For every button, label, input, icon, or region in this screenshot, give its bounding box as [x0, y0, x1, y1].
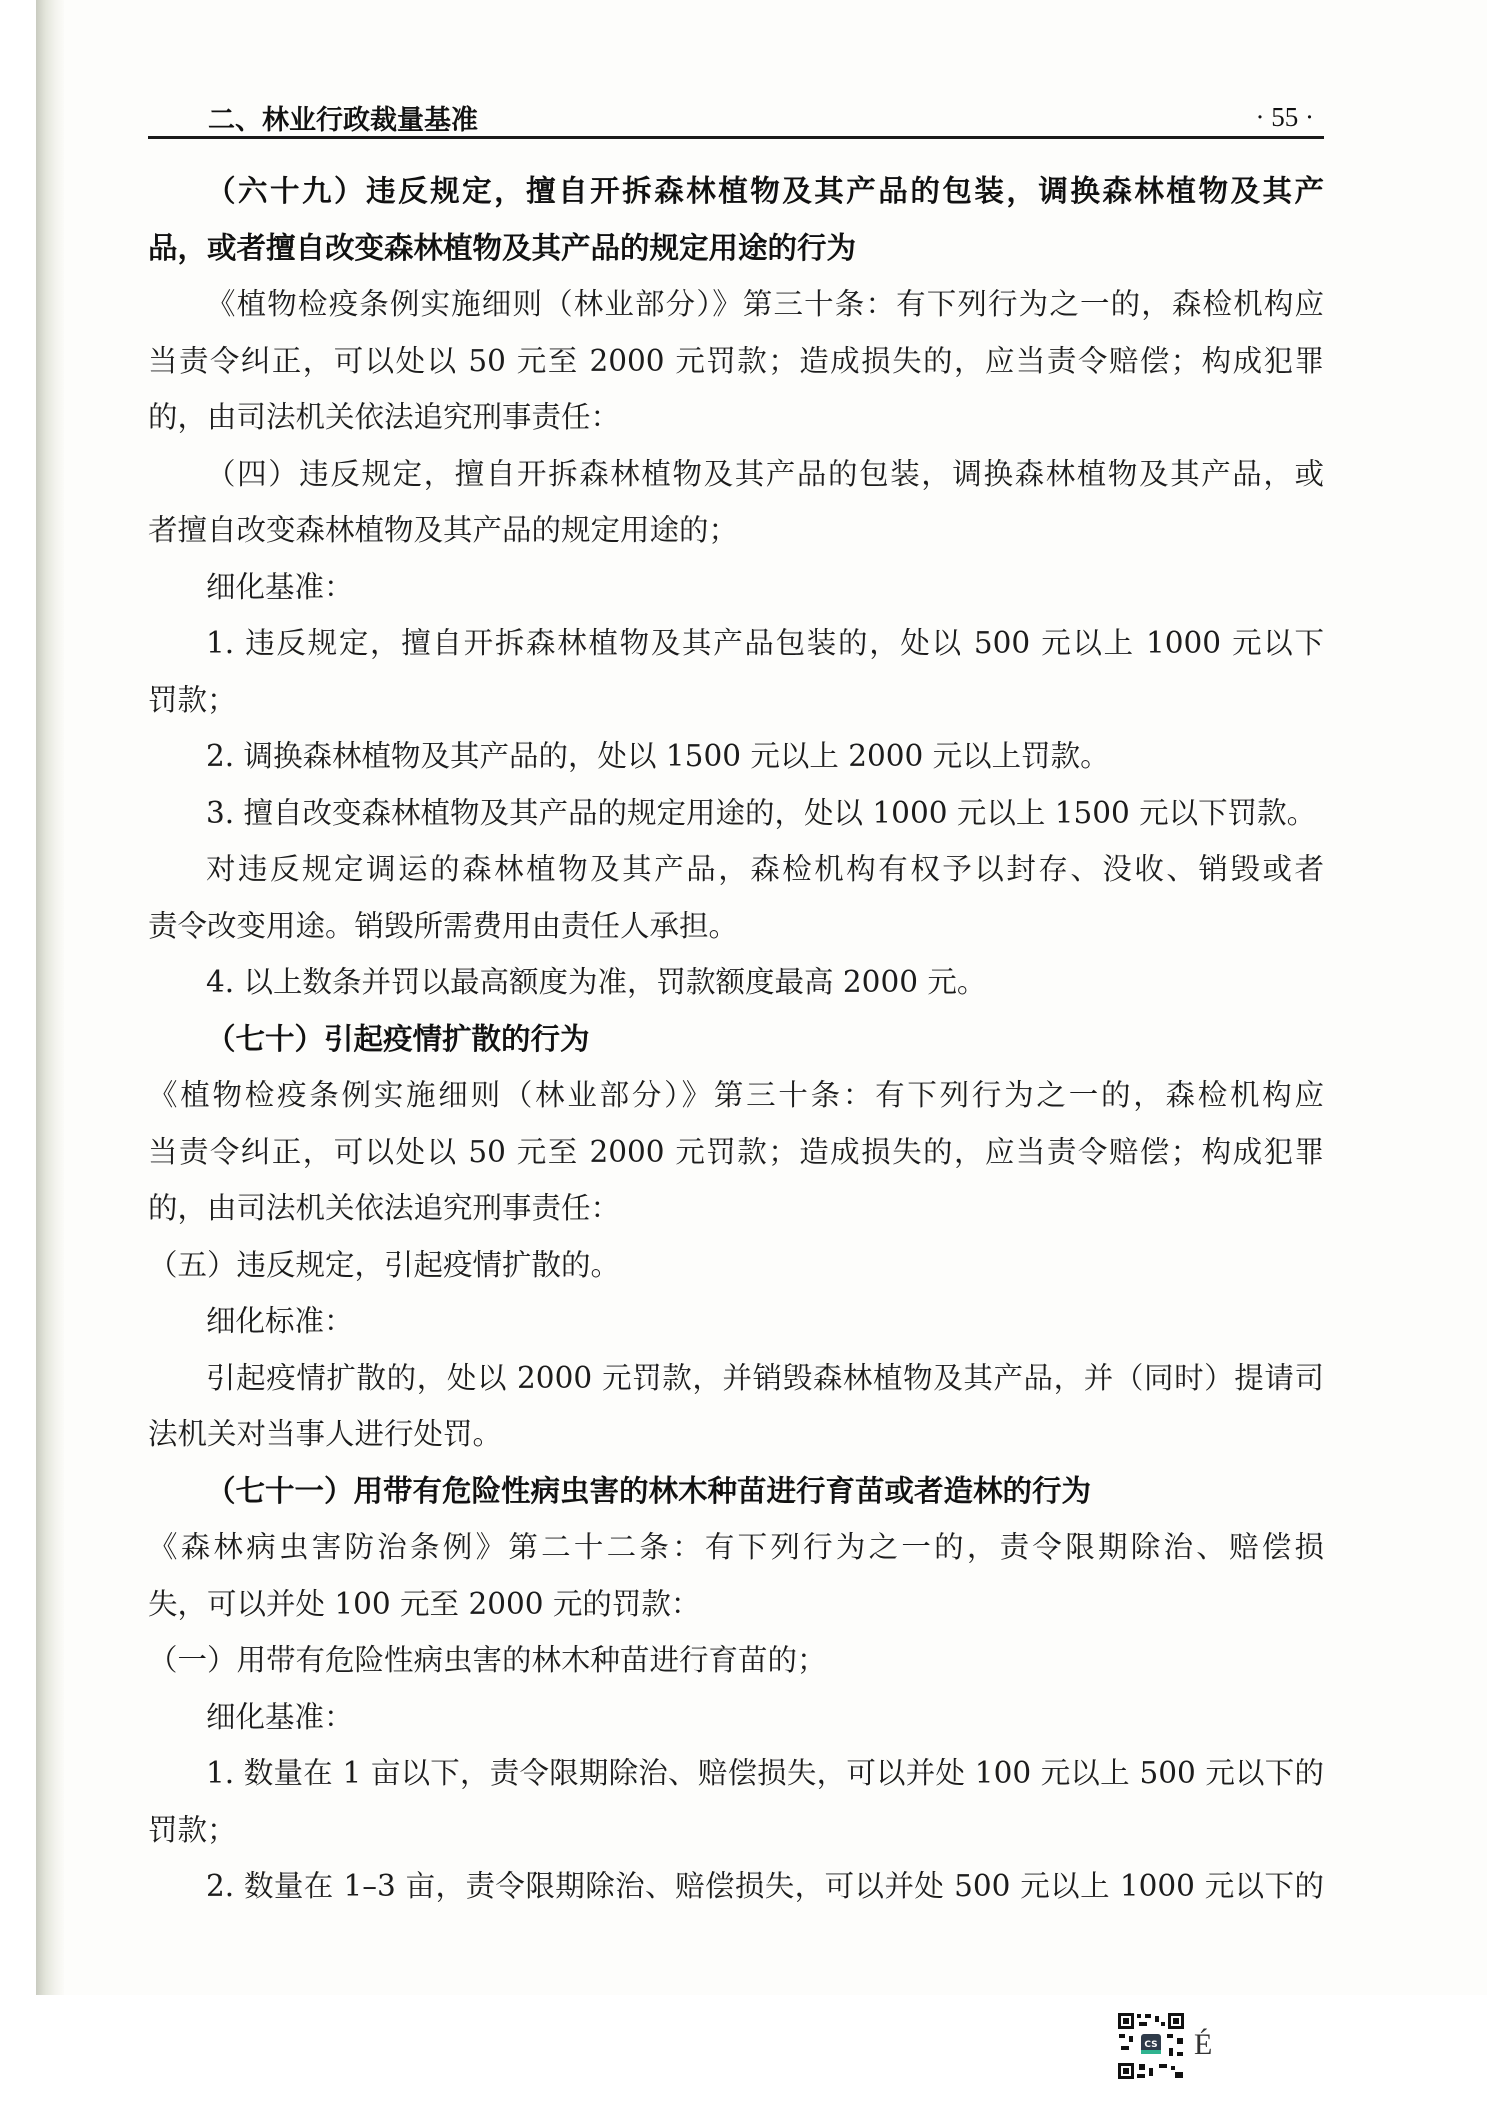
running-header: 二、林业行政裁量基准 · 55 ·: [148, 96, 1324, 136]
clause: （一）用带有危险性病虫害的林木种苗进行育苗的；: [148, 1637, 1324, 1683]
page-binding-edge: [36, 0, 64, 1995]
section-71: （七十一）用带有危险性病虫害的林木种苗进行育苗或者造林的行为 《森林病虫害防治条…: [148, 1468, 1324, 1910]
legal-basis: 《森林病虫害防治条例》第二十二条：有下列行为之一的，责令限期除治、赔偿损: [148, 1524, 1324, 1570]
legal-basis: 的，由司法机关依法追究刑事责任：: [148, 394, 1324, 440]
clause: （五）违反规定，引起疫情扩散的。: [148, 1242, 1324, 1288]
legal-basis: 失，可以并处 100 元至 2000 元的罚款：: [148, 1581, 1324, 1627]
criteria-item: 法机关对当事人进行处罚。: [148, 1411, 1324, 1457]
legal-basis: 《植物检疫条例实施细则（林业部分）》第三十条：有下列行为之一的，森检机构应: [148, 1072, 1324, 1118]
section-heading: （六十九）违反规定，擅自开拆森林植物及其产品的包装，调换森林植物及其产: [148, 168, 1324, 214]
criteria-item: 2. 数量在 1–3 亩，责令限期除治、赔偿损失，可以并处 500 元以上 10…: [148, 1863, 1324, 1909]
section-heading: （七十一）用带有危险性病虫害的林木种苗进行育苗或者造林的行为: [148, 1468, 1324, 1514]
criteria-note: 责令改变用途。销毁所需费用由责任人承担。: [148, 903, 1324, 949]
legal-basis: 当责令纠正，可以处以 50 元至 2000 元罚款；造成损失的，应当责令赔偿；构…: [148, 338, 1324, 384]
criteria-item: 2. 调换森林植物及其产品的，处以 1500 元以上 2000 元以上罚款。: [148, 733, 1324, 779]
section-heading: （七十）引起疫情扩散的行为: [148, 1016, 1324, 1062]
criteria-item: 1. 违反规定，擅自开拆森林植物及其产品包装的，处以 500 元以上 1000 …: [148, 620, 1324, 666]
criteria-note: 对违反规定调运的森林植物及其产品，森检机构有权予以封存、没收、销毁或者: [148, 846, 1324, 892]
criteria-item: 1. 数量在 1 亩以下，责令限期除治、赔偿损失，可以并处 100 元以上 50…: [148, 1750, 1324, 1796]
section-69: （六十九）违反规定，擅自开拆森林植物及其产品的包装，调换森林植物及其产 品，或者…: [148, 168, 1324, 1005]
footer-mark: É: [1194, 2028, 1212, 2062]
section-title: 二、林业行政裁量基准: [208, 98, 478, 137]
legal-basis: 当责令纠正，可以处以 50 元至 2000 元罚款；造成损失的，应当责令赔偿；构…: [148, 1129, 1324, 1175]
page-number: · 55 ·: [1256, 102, 1314, 133]
clause: 者擅自改变森林植物及其产品的规定用途的；: [148, 507, 1324, 553]
svg-text:CS: CS: [1144, 2040, 1157, 2050]
criteria-label: 细化基准：: [148, 564, 1324, 610]
criteria-item: 4. 以上数条并罚以最高额度为准，罚款额度最高 2000 元。: [148, 959, 1324, 1005]
criteria-label: 细化基准：: [148, 1694, 1324, 1740]
page-body: （六十九）违反规定，擅自开拆森林植物及其产品的包装，调换森林植物及其产 品，或者…: [148, 168, 1324, 1920]
legal-basis: 《植物检疫条例实施细则（林业部分）》第三十条：有下列行为之一的，森检机构应: [148, 281, 1324, 327]
criteria-item: 引起疫情扩散的，处以 2000 元罚款，并销毁森林植物及其产品，并（同时）提请司: [148, 1355, 1324, 1401]
section-70: （七十）引起疫情扩散的行为 《植物检疫条例实施细则（林业部分）》第三十条：有下列…: [148, 1016, 1324, 1458]
section-heading: 品，或者擅自改变森林植物及其产品的规定用途的行为: [148, 225, 1324, 271]
legal-basis: 的，由司法机关依法追究刑事责任：: [148, 1185, 1324, 1231]
header-rule: [148, 136, 1324, 139]
criteria-label: 细化标准：: [148, 1298, 1324, 1344]
criteria-item: 罚款；: [148, 1807, 1324, 1853]
clause: （四）违反规定，擅自开拆森林植物及其产品的包装，调换森林植物及其产品，或: [148, 451, 1324, 497]
criteria-item: 3. 擅自改变森林植物及其产品的规定用途的，处以 1000 元以上 1500 元…: [148, 790, 1324, 836]
qr-code-icon: CS: [1117, 2012, 1185, 2080]
criteria-item: 罚款；: [148, 677, 1324, 723]
